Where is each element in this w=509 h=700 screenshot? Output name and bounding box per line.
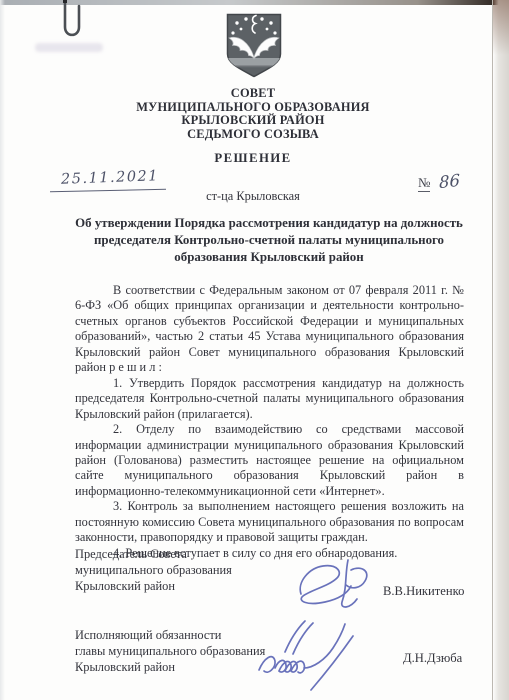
org-name-block: СОВЕТ МУНИЦИПАЛЬНОГО ОБРАЗОВАНИЯ КРЫЛОВС… (30, 87, 476, 141)
signature-2 (255, 618, 360, 696)
place-line: ст-ца Крыловская (30, 189, 476, 204)
signatory-1-title: Председатель Совета муниципального образ… (75, 546, 232, 595)
coat-of-arms (225, 12, 283, 80)
document-body: В соответствии с Федеральным законом от … (75, 283, 464, 561)
paragraph-item-2: 2. Отделу по взаимодействию со средствам… (75, 422, 464, 499)
paragraph-item-1: 1. Утвердить Порядок рассмотрения кандид… (75, 376, 464, 422)
signatory-1-name: В.В.Никитенко (383, 584, 464, 599)
org-line: СОВЕТ (30, 87, 476, 101)
scanned-resolution-page: СОВЕТ МУНИЦИПАЛЬНОГО ОБРАЗОВАНИЯ КРЫЛОВС… (0, 0, 509, 700)
document-title: Об утверждении Порядка рассмотрения канд… (72, 215, 466, 267)
signatory-title-line: Председатель Совета (75, 546, 232, 562)
signatory-2-title: Исполняющий обязанности главы муниципаль… (75, 627, 265, 676)
org-line: СЕДЬМОГО СОЗЫВА (30, 128, 476, 142)
signatory-title-line: Крыловский район (75, 659, 265, 675)
signatory-title-line: главы муниципального образования (75, 643, 265, 659)
scan-left-edge (0, 0, 5, 700)
signatory-title-line: муниципального образования (75, 562, 232, 578)
paragraph-intro: В соответствии с Федеральным законом от … (75, 283, 464, 376)
signature-1 (293, 556, 381, 620)
signatory-2-name: Д.Н.Дзюба (403, 651, 462, 666)
document-type-heading: РЕШЕНИЕ (30, 151, 476, 166)
signatory-title-line: Исполняющий обязанности (75, 627, 265, 643)
scan-right-edge (492, 0, 509, 700)
org-line: КРЫЛОВСКИЙ РАЙОН (30, 114, 476, 128)
scan-corner-shadow (493, 0, 509, 55)
paper-clip-icon (56, 0, 86, 49)
signatory-title-line: Крыловский район (75, 578, 232, 594)
handwritten-date: 25.11.2021 (50, 168, 170, 188)
paragraph-item-3: 3. Контроль за выполнением настоящего ре… (75, 499, 464, 545)
org-line: МУНИЦИПАЛЬНОГО ОБРАЗОВАНИЯ (30, 101, 476, 115)
